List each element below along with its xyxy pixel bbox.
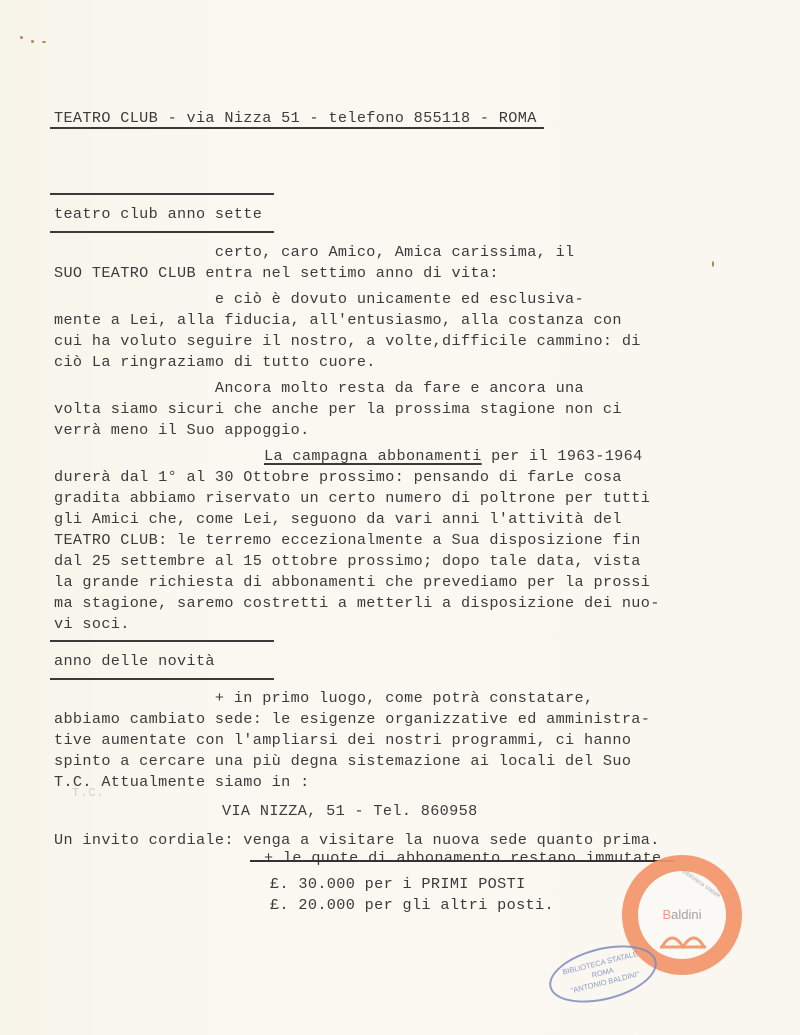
new-address: VIA NIZZA, 51 - Tel. 860958 [222,801,478,822]
section-rule-bottom [50,678,274,680]
body-line: tive aumentate con l'ampliarsi dei nostr… [54,730,631,751]
body-line: la grande richiesta di abbonamenti che p… [54,572,650,593]
campaign-line: La campagna abbonamenti per il 1963-1964 [264,446,643,467]
quotes-underline [250,860,674,862]
campaign-heading: La campagna abbonamenti [264,447,482,465]
section-rule-top [50,640,274,642]
section-rule-top [50,193,274,195]
body-line: ciò La ringraziamo di tutto cuore. [54,352,376,373]
logo-caption: Biblioteca statale [680,869,721,901]
section-title-novita: anno delle novità [54,651,215,672]
book-arch-icon [660,927,706,949]
body-line: cui ha voluto seguire il nostro, a volte… [54,331,641,352]
body-line: SUO TEATRO CLUB entra nel settimo anno d… [54,263,499,284]
paper-stain [712,261,714,267]
ghost-text: T.C. [72,786,105,800]
body-line: + in primo luogo, come potrà constatare, [54,688,593,709]
letterhead-underline [50,127,544,129]
letterhead: TEATRO CLUB - via Nizza 51 - telefono 85… [54,108,537,129]
section-rule-bottom [50,231,274,233]
body-line: TEATRO CLUB: le terremo eccezionalmente … [54,530,641,551]
body-line: volta siamo sicuri che anche per la pros… [54,399,622,420]
quotes-heading: le quote di abbonamento restano immutate [283,849,662,867]
quotes-line: + le quote di abbonamento restano immuta… [264,848,662,869]
body-line: vi soci. [54,614,130,635]
body-line: gli Amici che, come Lei, seguono da vari… [54,509,622,530]
logo-name: Baldini [638,907,726,922]
paper-stain [31,40,34,43]
paper-stain [42,41,46,43]
document-page: TEATRO CLUB - via Nizza 51 - telefono 85… [0,0,800,1035]
price-line: £. 20.000 per gli altri posti. [270,895,554,916]
body-line: durerà dal 1° al 30 Ottobre prossimo: pe… [54,467,622,488]
body-line: ma stagione, saremo costretti a metterli… [54,593,660,614]
paper-stain [20,36,23,39]
body-line: e ciò è dovuto unicamente ed esclusiva- [54,289,584,310]
body-line: certo, caro Amico, Amica carissima, il [54,242,575,263]
body-line: abbiamo cambiato sede: le esigenze organ… [54,709,650,730]
body-line: Ancora molto resta da fare e ancora una [54,378,584,399]
body-line: spinto a cercare una più degna sistemazi… [54,751,631,772]
body-line: mente a Lei, alla fiducia, all'entusiasm… [54,310,622,331]
body-line: verrà meno il Suo appoggio. [54,420,310,441]
section-title-anno-sette: teatro club anno sette [54,204,262,225]
body-line: dal 25 settembre al 15 ottobre prossimo;… [54,551,641,572]
body-line: gradita abbiamo riservato un certo numer… [54,488,650,509]
library-stamp: BIBLIOTECA STATALE ROMA "ANTONIO BALDINI… [543,935,662,1012]
campaign-years: per il 1963-1964 [482,447,643,465]
bullet-plus: + [264,849,283,867]
price-line: £. 30.000 per i PRIMI POSTI [270,874,526,895]
